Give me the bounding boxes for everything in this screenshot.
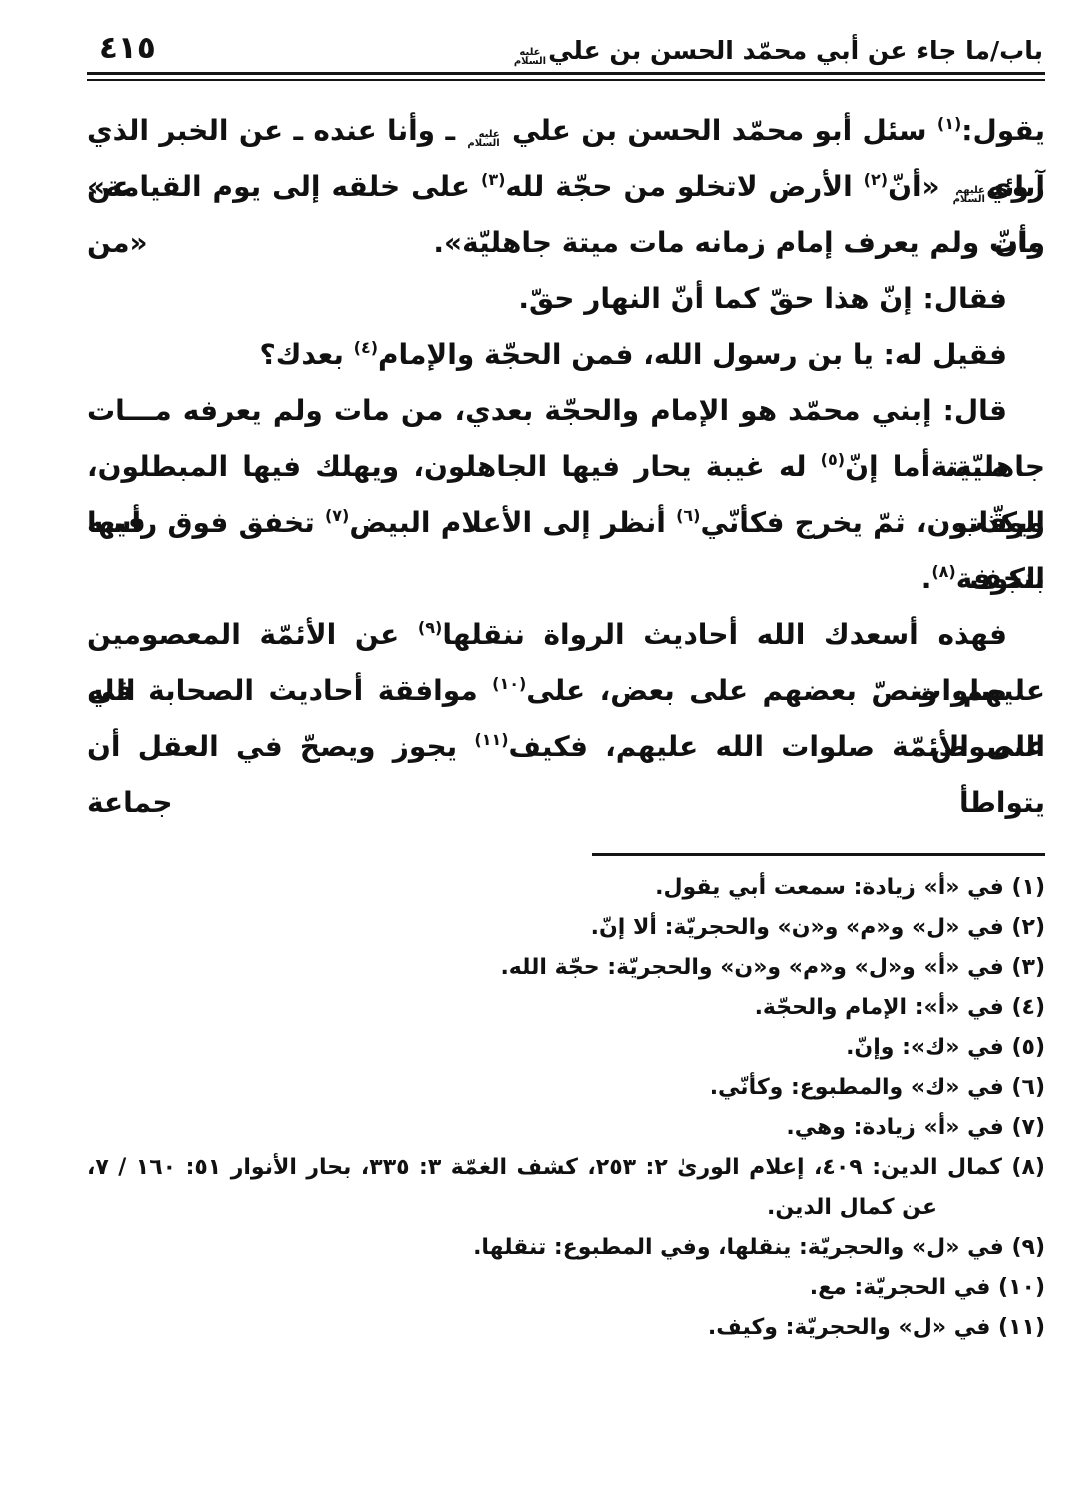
body-line: على الأئمّة صلوات الله عليهم، فكيف(١١) ي…	[87, 719, 1045, 775]
footnote-marker: (٢)	[864, 170, 888, 189]
footnote-line: عن كمال الدين.	[87, 1188, 1045, 1228]
body-line: فقال: إنّ هذا حقّ كما أنّ النهار حقّ.	[87, 271, 1045, 327]
footnote-marker: (٧)	[325, 506, 349, 525]
footnote-line: (٩) في «ل» والحجريّة: ينقلها، وفي المطبو…	[87, 1228, 1045, 1268]
footnote-line: (٨) كمال الدين: ٤٠٩، إعلام الورىٰ ٢: ٢٥٣…	[87, 1148, 1045, 1188]
footnote-marker: (٨)	[931, 562, 955, 581]
page-number: ٤١٥	[89, 30, 156, 66]
text-run: فقال: إنّ هذا حقّ كما أنّ النهار حقّ.	[518, 282, 1007, 315]
footnote-line: (٤) في «أ»: الإمام والحجّة.	[87, 988, 1045, 1028]
footnote-line: (٦) في «ك» والمطبوع: وكأنّي.	[87, 1068, 1045, 1108]
text-run: على الأئمّة صلوات الله عليهم، فكيف	[509, 730, 1045, 763]
text-run: .	[921, 562, 932, 595]
text-run: أنظر إلى الأعلام البيض	[349, 506, 676, 539]
body-text: يقول:(١) سئل أبو محمّد الحسن بن علي عليه…	[87, 103, 1045, 775]
body-line: فقيل له: يا بن رسول الله، فمن الحجّة وال…	[87, 327, 1045, 383]
footnote-line: (١) في «أ» زيادة: سمعت أبي يقول.	[87, 868, 1045, 908]
footnote-marker: (٣)	[481, 170, 505, 189]
running-head: باب/ما جاء عن أبي محمّد الحسن بن عليعليه…	[512, 36, 1043, 66]
text-run: الكوفة	[956, 562, 1045, 595]
text-run: عليهم، ونصّ بعضهم على بعض، على	[526, 674, 1045, 707]
text-run: جاهليّة، أما إنّ	[845, 450, 1045, 483]
footnote-marker: (١)	[937, 114, 961, 133]
body-line: الوقّاتون، ثمّ يخرج فكأنّي(٦) أنظر إلى ا…	[87, 495, 1045, 551]
footnote-line: (١٠) في الحجريّة: مع.	[87, 1268, 1045, 1308]
header-divider-rule	[87, 72, 1045, 81]
footnote-marker: (٩)	[418, 618, 442, 637]
footnote-marker: (١١)	[474, 730, 508, 749]
footnote-marker: (٤)	[354, 338, 378, 357]
body-line: عليهم، ونصّ بعضهم على بعض، على(١٠) موافق…	[87, 663, 1045, 719]
running-head-text: باب/ما جاء عن أبي محمّد الحسن بن علي	[548, 36, 1043, 65]
text-run: الوقّاتون، ثمّ يخرج فكأنّي	[700, 506, 1045, 539]
body-line: الكوفة(٨).	[87, 551, 1045, 607]
honorific-seal: عليهم السلام	[953, 186, 985, 204]
text-run: آبائه	[987, 170, 1045, 203]
book-page: باب/ما جاء عن أبي محمّد الحسن بن عليعليه…	[0, 0, 1067, 1496]
footnote-marker: (٦)	[676, 506, 700, 525]
body-line: يقول:(١) سئل أبو محمّد الحسن بن علي عليه…	[87, 103, 1045, 159]
text-run: الأرض لاتخلو من حجّة لله	[505, 170, 863, 203]
text-run: فقيل له: يا بن رسول الله، فمن الحجّة وال…	[378, 338, 1007, 371]
body-line: جاهليّة، أما إنّ(٥) له غيبة يحار فيها ال…	[87, 439, 1045, 495]
honorific-seal: عليه السلام	[467, 130, 499, 148]
footnote-line: (٢) في «ل» و«م» و«ن» والحجريّة: ألا إنّ.	[87, 908, 1045, 948]
text-run: «أنّ	[888, 170, 951, 203]
body-line: فهذه أسعدك الله أحاديث الرواة ننقلها(٩) …	[87, 607, 1045, 663]
page-header: باب/ما جاء عن أبي محمّد الحسن بن عليعليه…	[87, 30, 1045, 72]
text-run: مات ولم يعرف إمام زمانه مات ميتة جاهليّة…	[433, 226, 1045, 259]
text-run: فهذه أسعدك الله أحاديث الرواة ننقلها	[442, 618, 1007, 651]
footnote-marker: (١٠)	[492, 674, 526, 693]
text-run: بعدك؟	[259, 338, 353, 371]
footnote-line: (٥) في «ك»: وإنّ.	[87, 1028, 1045, 1068]
footnote-line: (١١) في «ل» والحجريّة: وكيف.	[87, 1308, 1045, 1348]
body-line: آبائهعليهم السلام «أنّ(٢) الأرض لاتخلو م…	[87, 159, 1045, 215]
text-run: سئل أبو محمّد الحسن بن علي	[502, 114, 937, 147]
honorific-seal: عليه السلام	[514, 48, 546, 66]
footnote-line: (٧) في «أ» زيادة: وهي.	[87, 1108, 1045, 1148]
body-line: قال: إبني محمّد هو الإمام والحجّة بعدي، …	[87, 383, 1045, 439]
footnote-separator-rule	[592, 853, 1045, 856]
footnotes-list: (١) في «أ» زيادة: سمعت أبي يقول.(٢) في «…	[87, 868, 1045, 1348]
footnote-line: (٣) في «أ» و«ل» و«م» و«ن» والحجريّة: حجّ…	[87, 948, 1045, 988]
footnote-marker: (٥)	[821, 450, 845, 469]
text-run: يقول:	[961, 114, 1045, 147]
